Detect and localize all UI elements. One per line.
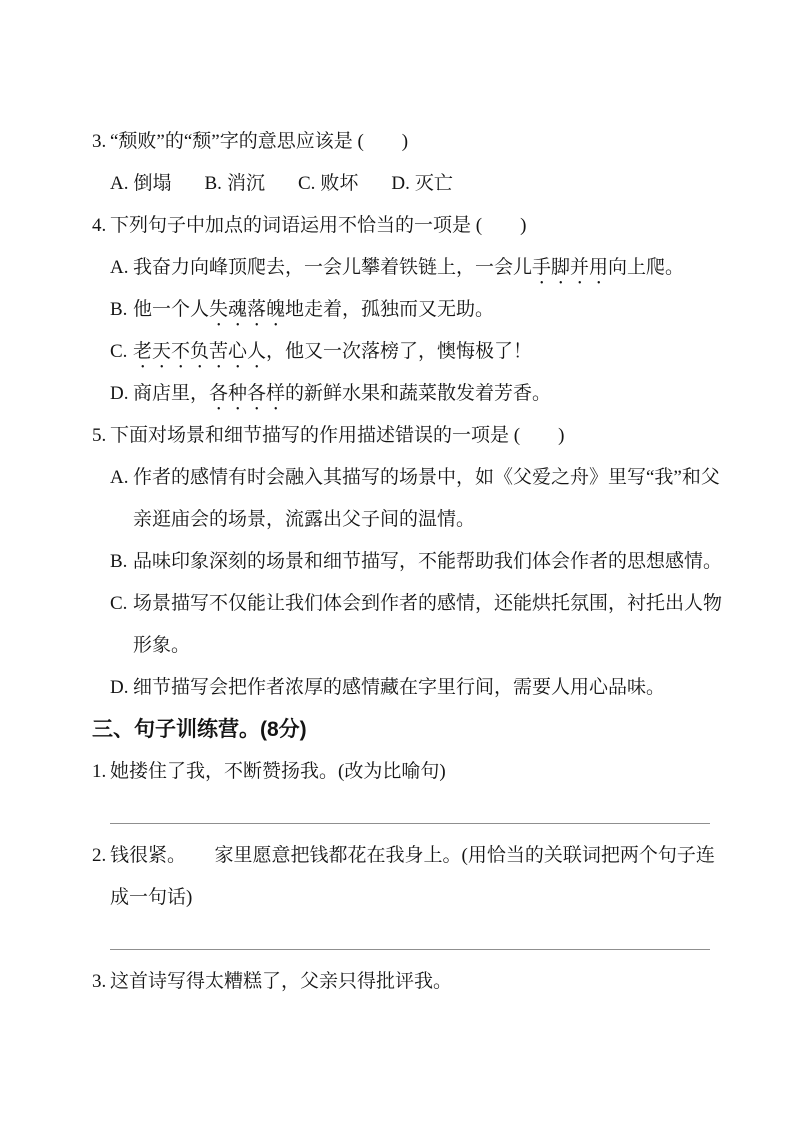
option-b-text: 他一个人失魂落魄地走着，孤独而又无助。 (133, 289, 714, 331)
option-d-text: 灭亡 (415, 173, 453, 194)
option-c-text: 败坏 (320, 173, 358, 194)
question-3-number: 3. (92, 121, 110, 163)
question-4-option-d: D. 商店里，各种各样的新鲜水果和蔬菜散发着芳香。 (110, 373, 714, 415)
option-a-text: 作者的感情有时会融入其描写的场景中，如《父爱之舟》里写“我”和父 亲逛庙会的场景… (133, 457, 714, 541)
option-d-label: D. (110, 667, 133, 709)
question-3-stem: “颓败”的“颓”字的意思应该是 ( ) (110, 121, 408, 163)
item-3-text: 这首诗写得太糟糕了，父亲只得批评我。 (110, 961, 714, 1003)
question-4-stem-row: 4. 下列句子中加点的词语运用不恰当的一项是 ( ) (92, 205, 714, 247)
question-4-stem: 下列句子中加点的词语运用不恰当的一项是 ( ) (110, 205, 526, 247)
option-c-label: C. (298, 173, 315, 194)
question-5-stem: 下面对场景和细节描写的作用描述错误的一项是 ( ) (110, 415, 564, 457)
item-1-text: 她搂住了我，不断赞扬我。(改为比喻句) (110, 751, 714, 793)
option-d-text: 细节描写会把作者浓厚的感情藏在字里行间，需要人用心品味。 (133, 667, 714, 709)
question-3-option-d: D.灭亡 (391, 163, 453, 205)
option-b-label: B. (110, 541, 133, 583)
option-c-label: C. (110, 331, 133, 373)
emphasized-words: 老天不负苦心人 (133, 341, 266, 362)
question-4-option-b: B. 他一个人失魂落魄地走着，孤独而又无助。 (110, 289, 714, 331)
question-3-stem-row: 3. “颓败”的“颓”字的意思应该是 ( ) (92, 121, 714, 163)
exam-page: 3. “颓败”的“颓”字的意思应该是 ( ) A.倒塌 B.消沉 C.败坏 D.… (0, 0, 793, 1122)
option-b-text: 品味印象深刻的场景和细节描写，不能帮助我们体会作者的思想感情。 (133, 541, 714, 583)
question-4-number: 4. (92, 205, 110, 247)
section-3-item-1: 1. 她搂住了我，不断赞扬我。(改为比喻句) (92, 751, 714, 793)
question-5-stem-row: 5. 下面对场景和细节描写的作用描述错误的一项是 ( ) (92, 415, 714, 457)
option-a-text: 倒塌 (133, 173, 171, 194)
emphasized-words: 各种各样 (209, 383, 285, 404)
emphasized-words: 失魂落魄 (209, 299, 285, 320)
option-d-text: 商店里，各种各样的新鲜水果和蔬菜散发着芳香。 (133, 373, 714, 415)
item-3-number: 3. (92, 961, 110, 1003)
option-b-label: B. (205, 173, 222, 194)
question-3-options: A.倒塌 B.消沉 C.败坏 D.灭亡 (110, 163, 714, 205)
question-3-option-a: A.倒塌 (110, 163, 172, 205)
item-2-number: 2. (92, 835, 110, 877)
question-3-option-c: C.败坏 (298, 163, 358, 205)
answer-line (110, 823, 710, 824)
option-a-text: 我奋力向峰顶爬去，一会儿攀着铁链上，一会儿手脚并用向上爬。 (133, 247, 714, 289)
section-3-item-3: 3. 这首诗写得太糟糕了，父亲只得批评我。 (92, 961, 714, 1003)
emphasized-words: 手脚并用 (532, 257, 608, 278)
question-5-option-b: B. 品味印象深刻的场景和细节描写，不能帮助我们体会作者的思想感情。 (110, 541, 714, 583)
answer-blank-2[interactable] (110, 919, 714, 961)
section-3-title: 三、句子训练营。(8分) (92, 709, 714, 751)
option-c-text: 场景描写不仅能让我们体会到作者的感情，还能烘托氛围，衬托出人物 形象。 (133, 583, 714, 667)
option-c-text: 老天不负苦心人，他又一次落榜了，懊悔极了！ (133, 331, 714, 373)
question-5-option-a: A. 作者的感情有时会融入其描写的场景中，如《父爱之舟》里写“我”和父 亲逛庙会… (110, 457, 714, 541)
answer-line (110, 949, 710, 950)
option-a-label: A. (110, 173, 128, 194)
option-b-label: B. (110, 289, 133, 331)
question-5-option-c: C. 场景描写不仅能让我们体会到作者的感情，还能烘托氛围，衬托出人物 形象。 (110, 583, 714, 667)
option-d-label: D. (391, 173, 409, 194)
answer-blank-1[interactable] (110, 793, 714, 835)
question-3-option-b: B.消沉 (205, 163, 265, 205)
option-a-label: A. (110, 457, 133, 499)
item-2-text: 钱很紧。 家里愿意把钱都花在我身上。(用恰当的关联词把两个句子连 成一句话) (110, 835, 714, 919)
option-b-text: 消沉 (227, 173, 265, 194)
question-5-option-d: D. 细节描写会把作者浓厚的感情藏在字里行间，需要人用心品味。 (110, 667, 714, 709)
question-5-number: 5. (92, 415, 110, 457)
option-a-label: A. (110, 247, 133, 289)
section-3-item-2: 2. 钱很紧。 家里愿意把钱都花在我身上。(用恰当的关联词把两个句子连 成一句话… (92, 835, 714, 919)
exam-content: 3. “颓败”的“颓”字的意思应该是 ( ) A.倒塌 B.消沉 C.败坏 D.… (92, 121, 714, 1003)
question-4-option-c: C. 老天不负苦心人，他又一次落榜了，懊悔极了！ (110, 331, 714, 373)
option-c-label: C. (110, 583, 133, 625)
question-4-option-a: A. 我奋力向峰顶爬去，一会儿攀着铁链上，一会儿手脚并用向上爬。 (110, 247, 714, 289)
option-d-label: D. (110, 373, 133, 415)
item-1-number: 1. (92, 751, 110, 793)
